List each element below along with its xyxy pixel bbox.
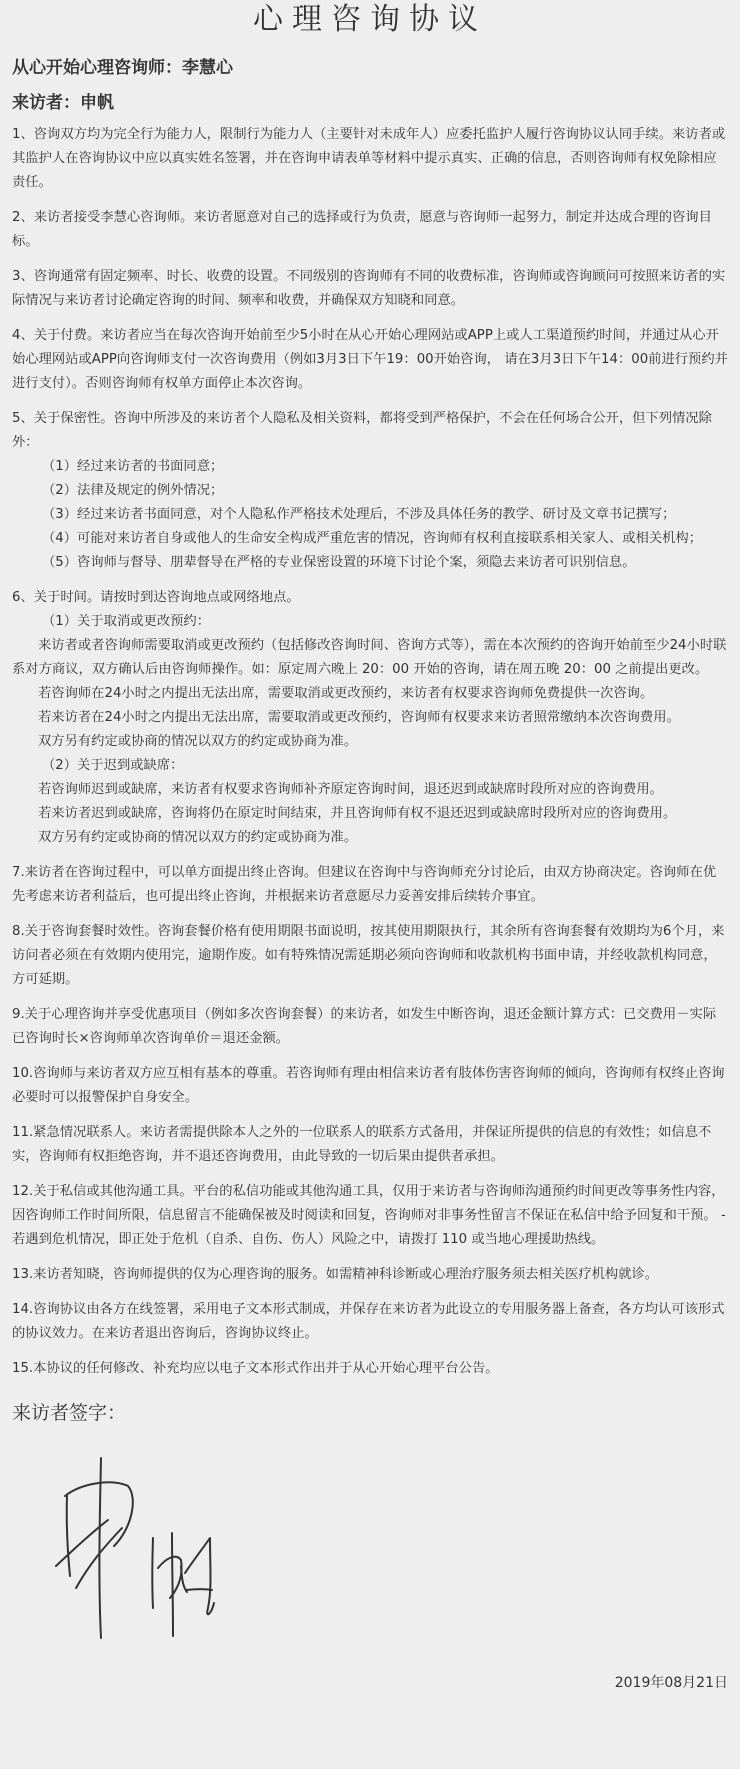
clause-6-sub2-line: 若来访者迟到或缺席，咨询将仍在原定时间结束，并且咨询师有权不退还迟到或缺席时段所… bbox=[12, 802, 728, 826]
clause-1: 1、咨询双方均为完全行为能力人，限制行为能力人（主要针对未成年人）应委托监护人履… bbox=[12, 123, 728, 195]
clause-8: 8.关于咨询套餐时效性。咨询套餐价格有使用期限书面说明，按其使用期限执行，其余所… bbox=[12, 920, 728, 992]
clause-7: 7.来访者在咨询过程中，可以单方面提出终止咨询。但建议在咨询中与咨询师充分讨论后… bbox=[12, 861, 728, 909]
clause-12: 12.关于私信或其他沟通工具。平台的私信功能或其他沟通工具，仅用于来访者与咨询师… bbox=[12, 1180, 728, 1252]
clause-6-sub1-line: 来访者或者咨询师需要取消或更改预约（包括修改咨询时间、咨询方式等），需在本次预约… bbox=[12, 634, 728, 682]
clause-6-sub2-title: （2）关于迟到或缺席： bbox=[12, 754, 728, 778]
clause-2: 2、来访者接受李慧心咨询师。来访者愿意对自己的选择或行为负责，愿意与咨询师一起努… bbox=[12, 206, 728, 254]
agreement-body: 1、咨询双方均为完全行为能力人，限制行为能力人（主要针对未成年人）应委托监护人履… bbox=[12, 123, 728, 1392]
clause-14: 14.咨询协议由各方在线签署，采用电子文本形式制成，并保存在来访者为此设立的专用… bbox=[12, 1298, 728, 1346]
signature-label: 来访者签字： bbox=[12, 1398, 126, 1425]
clause-6-sub2-line: 双方另有约定或协商的情况以双方的约定或协商为准。 bbox=[12, 826, 728, 850]
signing-date: 2019年08月21日 bbox=[615, 1672, 728, 1692]
counselor-line: 从心开始心理咨询师：李慧心 bbox=[12, 56, 233, 80]
handwritten-signature bbox=[40, 1448, 280, 1652]
clause-15: 15.本协议的任何修改、补充均应以电子文本形式作出并于从心开始心理平台公告。 bbox=[12, 1357, 728, 1381]
clause-5-item: （5）咨询师与督导、朋辈督导在严格的专业保密设置的环境下讨论个案，须隐去来访者可… bbox=[12, 551, 728, 575]
clause-6-intro: 6、关于时间。请按时到达咨询地点或网络地点。 bbox=[12, 586, 728, 610]
clause-6-sub1-line: 若来访者在24小时之内提出无法出席，需要取消或更改预约，咨询师有权要求来访者照常… bbox=[12, 706, 728, 730]
clause-5-item: （4）可能对来访者自身或他人的生命安全构成严重危害的情况，咨询师有权利直接联系相… bbox=[12, 527, 728, 551]
clause-5-item: （2）法律及规定的例外情况； bbox=[12, 479, 728, 503]
clause-13: 13.来访者知晓，咨询师提供的仅为心理咨询的服务。如需精神科诊断或心理治疗服务须… bbox=[12, 1263, 728, 1287]
clause-4: 4、关于付费。来访者应当在每次咨询开始前至少5小时在从心开始心理网站或APP上或… bbox=[12, 324, 728, 396]
clause-5-item: （3）经过来访者书面同意，对个人隐私作严格技术处理后，不涉及具体任务的教学、研讨… bbox=[12, 503, 728, 527]
clause-6-sub1-title: （1）关于取消或更改预约： bbox=[12, 610, 728, 634]
clause-10: 10.咨询师与来访者双方应互相有基本的尊重。若咨询师有理由相信来访者有肢体伤害咨… bbox=[12, 1062, 728, 1110]
clause-6-sub1-line: 双方另有约定或协商的情况以双方的约定或协商为准。 bbox=[12, 730, 728, 754]
clause-5-intro: 5、关于保密性。咨询中所涉及的来访者个人隐私及相关资料，都将受到严格保护，不会在… bbox=[12, 407, 728, 455]
clause-6-sub2-line: 若咨询师迟到或缺席，来访者有权要求咨询师补齐原定咨询时间，退还迟到或缺席时段所对… bbox=[12, 778, 728, 802]
clause-5: 5、关于保密性。咨询中所涉及的来访者个人隐私及相关资料，都将受到严格保护，不会在… bbox=[12, 407, 728, 575]
clause-6-sub1-line: 若咨询师在24小时之内提出无法出席，需要取消或更改预约，来访者有权要求咨询师免费… bbox=[12, 682, 728, 706]
clause-5-item: （1）经过来访者的书面同意； bbox=[12, 455, 728, 479]
clause-6: 6、关于时间。请按时到达咨询地点或网络地点。 （1）关于取消或更改预约： 来访者… bbox=[12, 586, 728, 850]
document-title: 心理咨询协议 bbox=[0, 0, 740, 40]
client-line: 来访者：申帆 bbox=[12, 91, 114, 115]
clause-3: 3、咨询通常有固定频率、时长、收费的设置。不同级别的咨询师有不同的收费标准，咨询… bbox=[12, 265, 728, 313]
clause-11: 11.紧急情况联系人。来访者需提供除本人之外的一位联系人的联系方式备用，并保证所… bbox=[12, 1121, 728, 1169]
clause-9: 9.关于心理咨询并享受优惠项目（例如多次咨询套餐）的来访者，如发生中断咨询，退还… bbox=[12, 1003, 728, 1051]
